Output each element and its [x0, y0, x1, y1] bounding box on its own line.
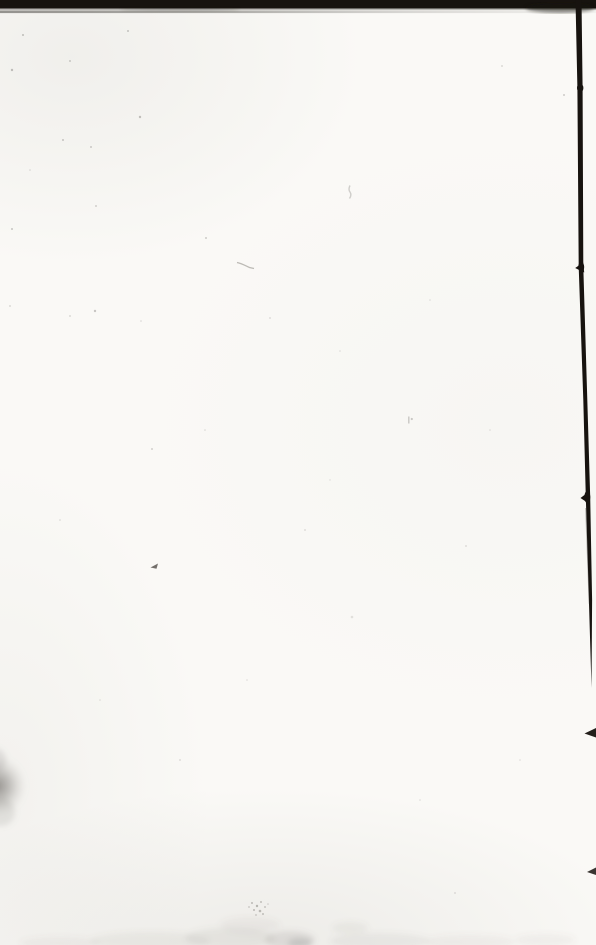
- gutter-shadow-line: [575, 0, 596, 875]
- bottom-edge-smudges: [20, 917, 575, 945]
- paper-specks: [9, 30, 565, 894]
- scan-artifact-layer: [0, 0, 596, 945]
- gutter-nick: [585, 728, 596, 875]
- speck-cluster: [248, 901, 269, 916]
- stray-marks: [151, 186, 413, 619]
- scan-top-edge-streak: [0, 11, 596, 14]
- scan-top-edge-band: [0, 0, 596, 13]
- left-edge-smudge: [0, 748, 26, 826]
- scanned-page: [0, 0, 596, 945]
